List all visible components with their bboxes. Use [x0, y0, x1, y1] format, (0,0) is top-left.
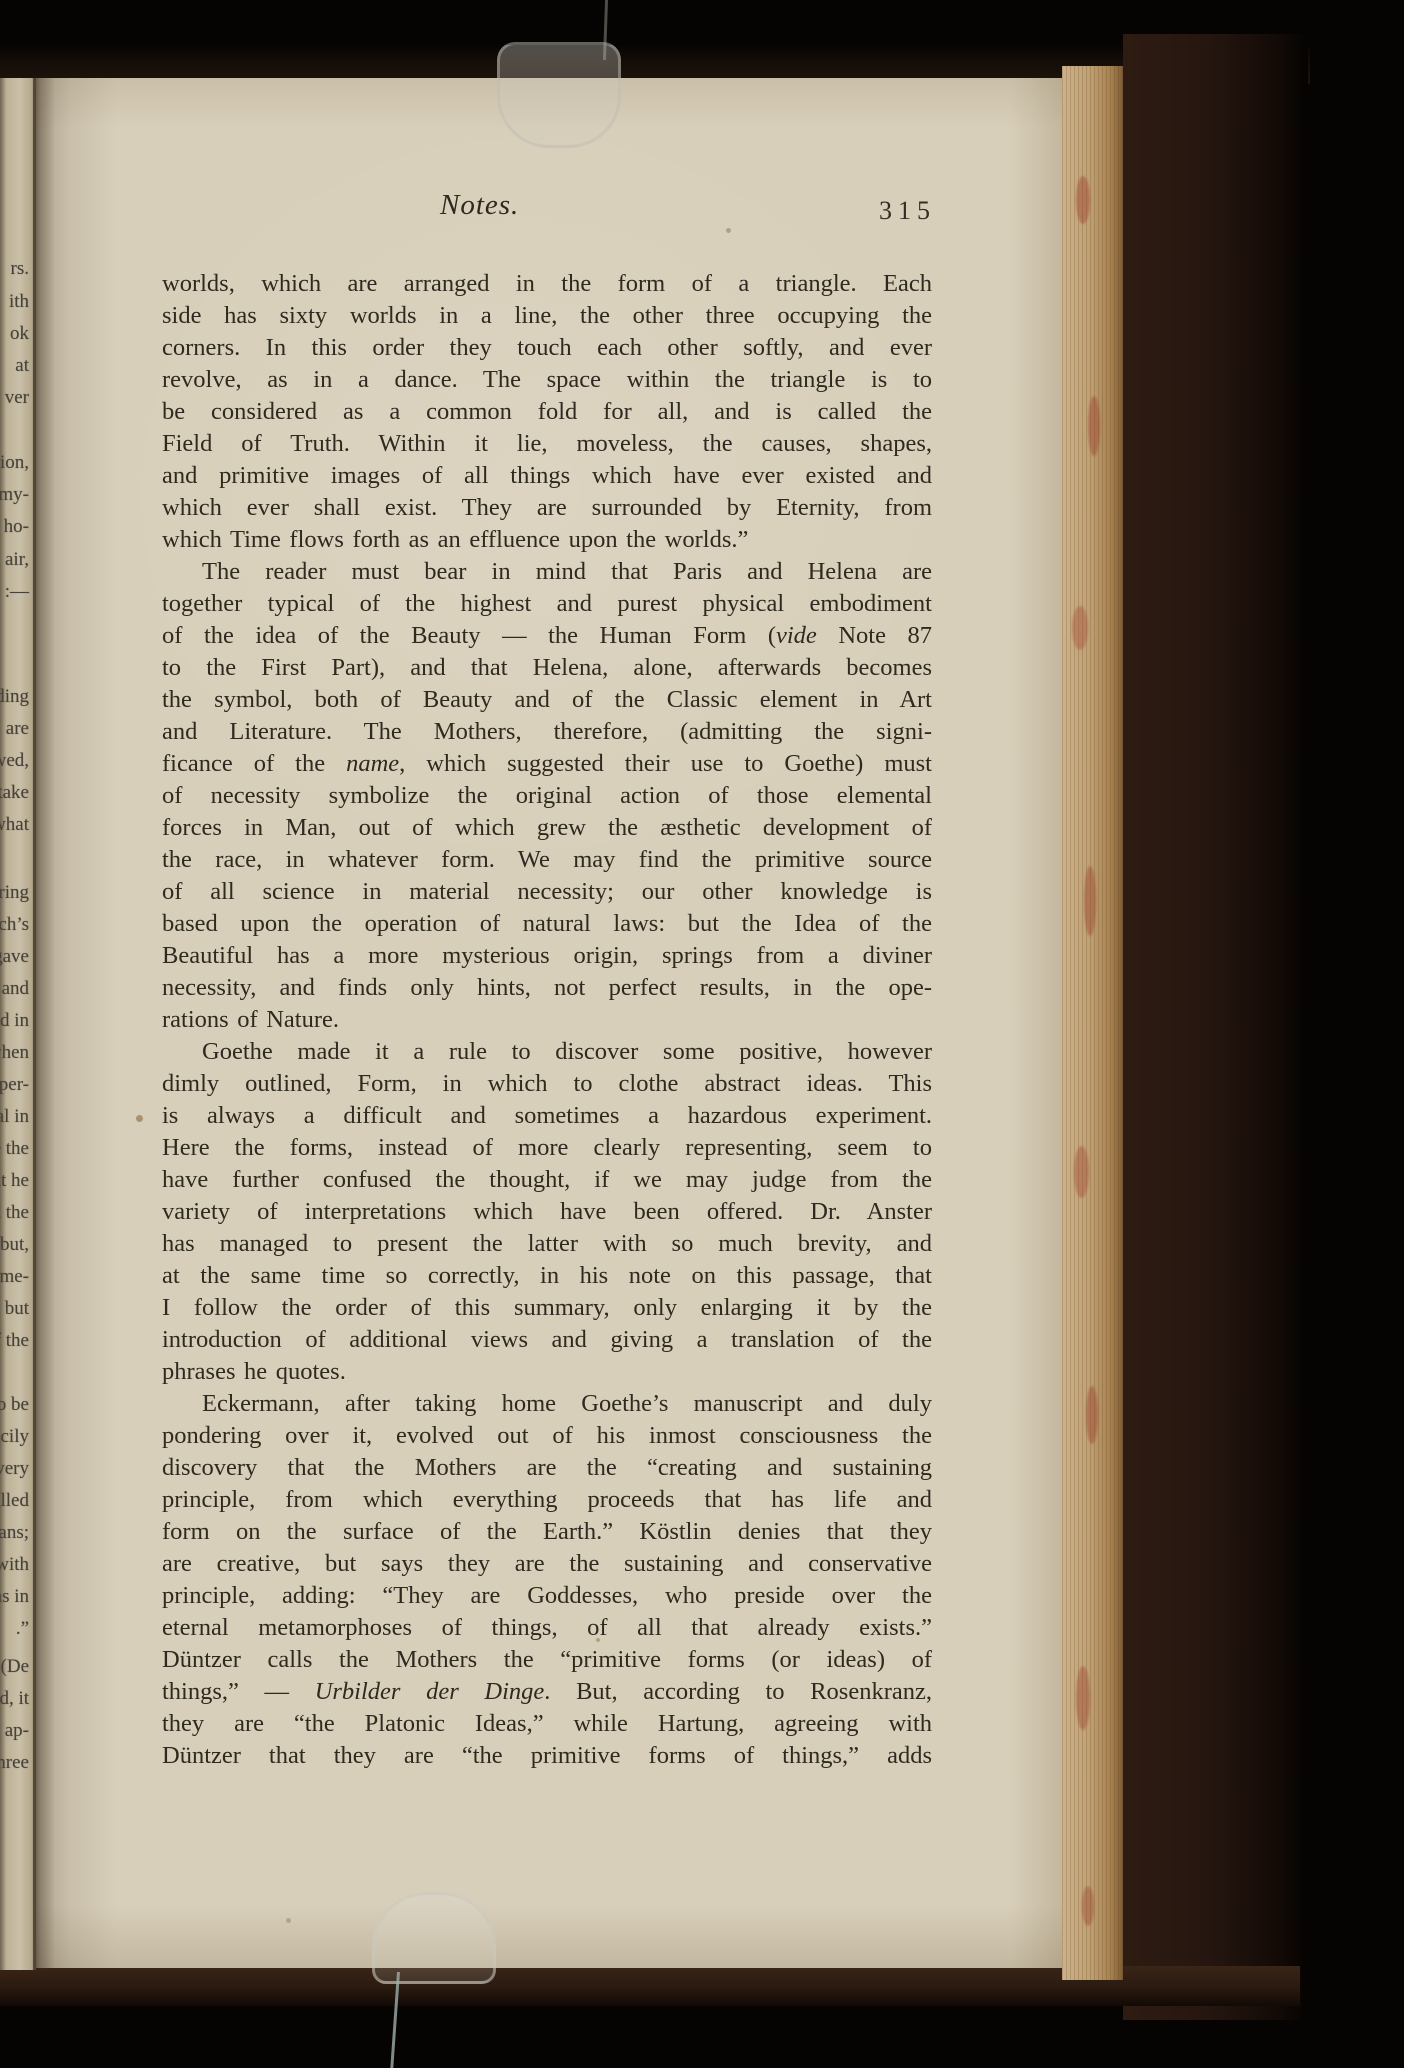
text-line: at the same time so correctly, in his no… [162, 1260, 932, 1292]
text-line: to the First Part), and that Helena, alo… [162, 652, 932, 684]
left-margin-fragment: to be [0, 1394, 29, 1416]
left-margin-fragment: , and [0, 978, 29, 1000]
left-margin-fragment: ; but, [0, 1234, 29, 1256]
text-segment: which ever shall exist. They are surroun… [162, 494, 932, 521]
text-line: revolve, as in a dance. The space within… [162, 364, 932, 396]
left-margin-fragment: with [0, 1554, 29, 1576]
text-line: Beautiful has a more mysterious origin, … [162, 940, 932, 972]
text-segment: things,” — [162, 1678, 315, 1705]
text-segment: worlds, which are arranged in the form o… [162, 270, 932, 297]
page-holder-clip-bottom [372, 1892, 496, 1984]
page-block-fore-edge [1062, 66, 1123, 1980]
left-margin-fragment: gave [0, 946, 29, 968]
left-margin-fragment: take [0, 782, 29, 804]
text-line: eternal metamorphoses of things, of all … [162, 1612, 932, 1644]
left-margin-fragment: ial in [0, 1106, 29, 1128]
left-margin-fragment: d in [0, 1010, 29, 1032]
left-margin-fragment: arch’s [0, 914, 29, 936]
text-segment: revolve, as in a dance. The space within… [162, 366, 932, 393]
text-line: of necessity symbolize the original acti… [162, 780, 932, 812]
text-line: phrases he quotes. [162, 1356, 932, 1388]
page-number: 315 [866, 196, 936, 226]
book-cover-right [1123, 34, 1308, 2020]
text-line: has managed to present the latter with s… [162, 1228, 932, 1260]
text-segment: has managed to present the latter with s… [162, 1230, 932, 1257]
text-segment: I follow the order of this summary, only… [162, 1294, 932, 1321]
text-line: the race, in whatever form. We may find … [162, 844, 932, 876]
text-segment: of the idea of the Beauty — the Human Fo… [162, 622, 776, 649]
left-margin-fragment: ith [9, 291, 29, 313]
text-line: which ever shall exist. They are surroun… [162, 492, 932, 524]
text-segment: dimly outlined, Form, in which to clothe… [162, 1070, 932, 1097]
left-margin-fragment: ok [10, 323, 29, 345]
gutter-crease-shadow [33, 78, 55, 1970]
fore-edge-red-mark [1076, 1666, 1090, 1730]
text-segment: and primitive images of all things which… [162, 462, 932, 489]
text-segment: , which suggested their use to Goethe) m… [399, 750, 932, 777]
italic-text-segment: Urbilder der Dinge [315, 1678, 545, 1705]
text-line: forces in Man, out of which grew the æst… [162, 812, 932, 844]
body-text: worlds, which are arranged in the form o… [162, 268, 932, 1772]
text-segment: introduction of additional views and giv… [162, 1326, 932, 1353]
text-line: introduction of additional views and giv… [162, 1324, 932, 1356]
text-segment: Düntzer calls the Mothers the “primitive… [162, 1646, 932, 1673]
text-line: The reader must bear in mind that Paris … [162, 556, 932, 588]
text-line: Here the forms, instead of more clearly … [162, 1132, 932, 1164]
text-segment: together typical of the highest and pure… [162, 590, 932, 617]
text-line: which Time flows forth as an effluence u… [162, 524, 932, 556]
left-margin-fragment: three [0, 1752, 29, 1774]
left-margin-fragment: are [6, 718, 29, 740]
text-line: worlds, which are arranged in the form o… [162, 268, 932, 300]
text-segment: at the same time so correctly, in his no… [162, 1262, 932, 1289]
text-segment: the symbol, both of Beauty and of the Cl… [162, 686, 932, 713]
left-margin-fragment: e the [0, 1138, 29, 1160]
left-margin-fragment: wed, [0, 750, 29, 772]
text-segment: of necessity symbolize the original acti… [162, 782, 932, 809]
left-margin-fragment: uring [0, 882, 29, 904]
page-header-title: Notes. [440, 189, 519, 222]
left-margin-fragment: ver [5, 387, 29, 409]
text-line: discovery that the Mothers are the “crea… [162, 1452, 932, 1484]
left-margin-fragment: , me- [0, 1266, 29, 1288]
text-segment: . But, according to Rosenkranz, [544, 1678, 932, 1705]
text-segment: Goethe made it a rule to discover some p… [202, 1038, 932, 1065]
text-segment: is always a difficult and sometimes a ha… [162, 1102, 932, 1129]
text-segment: to the First Part), and that Helena, alo… [162, 654, 932, 681]
left-margin-fragment: very [0, 1458, 29, 1480]
fore-edge-red-mark [1076, 176, 1090, 224]
text-segment: they are “the Platonic Ideas,” while Har… [162, 1710, 932, 1737]
foxing-speck [286, 1918, 291, 1923]
text-line: are creative, but says they are the sust… [162, 1548, 932, 1580]
text-segment: are creative, but says they are the sust… [162, 1550, 932, 1577]
text-line: be considered as a common fold for all, … [162, 396, 932, 428]
text-line: corners. In this order they touch each o… [162, 332, 932, 364]
text-segment: principle, adding: “They are Goddesses, … [162, 1582, 932, 1609]
left-margin-fragment: f the [0, 1330, 29, 1352]
italic-text-segment: name [346, 750, 399, 777]
text-segment: necessity, and finds only hints, not per… [162, 974, 932, 1001]
text-segment: which Time flows forth as an effluence u… [162, 526, 748, 553]
text-segment: be considered as a common fold for all, … [162, 398, 932, 425]
text-segment: forces in Man, out of which grew the æst… [162, 814, 932, 841]
foxing-speck [136, 1115, 143, 1122]
text-segment: Beautiful has a more mysterious origin, … [162, 942, 932, 969]
text-segment: form on the surface of the Earth.” Köstl… [162, 1518, 932, 1545]
left-margin-fragment: at he [0, 1170, 29, 1192]
text-segment: eternal metamorphoses of things, of all … [162, 1614, 932, 1641]
fore-edge-red-mark [1086, 1386, 1098, 1444]
text-line: Goethe made it a rule to discover some p… [162, 1036, 932, 1068]
text-line: together typical of the highest and pure… [162, 588, 932, 620]
text-line: Düntzer calls the Mothers the “primitive… [162, 1644, 932, 1676]
left-margin-fragment: tans; [0, 1522, 29, 1544]
text-segment: and Literature. The Mothers, therefore, … [162, 718, 932, 745]
page-holder-clip-top [497, 42, 621, 148]
left-margin-text-fragments: rs.ithokatverion,my-ho-air,:—dingarewed,… [0, 0, 34, 2068]
book-photo: Notes. 315 worlds, which are arranged in… [0, 0, 1404, 2068]
left-margin-fragment: Sicily [0, 1426, 29, 1448]
fore-edge-red-mark [1088, 396, 1100, 456]
left-margin-fragment: ding [0, 686, 29, 708]
text-line: of the idea of the Beauty — the Human Fo… [162, 620, 932, 652]
text-segment: rations of Nature. [162, 1006, 339, 1033]
text-line: form on the surface of the Earth.” Köstl… [162, 1516, 932, 1548]
text-line: is always a difficult and sometimes a ha… [162, 1100, 932, 1132]
text-line: variety of interpretations which have be… [162, 1196, 932, 1228]
left-margin-fragment: , but [0, 1298, 29, 1320]
text-segment: based upon the operation of natural laws… [162, 910, 932, 937]
left-margin-fragment: d, it [0, 1688, 29, 1710]
text-line: based upon the operation of natural laws… [162, 908, 932, 940]
text-segment: pondering over it, evolved out of his in… [162, 1422, 932, 1449]
left-margin-fragment: rs. [11, 258, 29, 280]
italic-text-segment: vide [776, 622, 817, 649]
text-segment: side has sixty worlds in a line, the oth… [162, 302, 932, 329]
text-line: ficance of the name, which suggested the… [162, 748, 932, 780]
text-line: have further confused the thought, if we… [162, 1164, 932, 1196]
text-segment: The reader must bear in mind that Paris … [202, 558, 932, 585]
left-margin-fragment: ho- [4, 516, 29, 538]
text-line: of all science in material necessity; ou… [162, 876, 932, 908]
left-margin-fragment: l ap- [0, 1720, 29, 1742]
text-segment: Note 87 [817, 622, 932, 649]
left-margin-fragment: as in [0, 1586, 29, 1608]
text-line: I follow the order of this summary, only… [162, 1292, 932, 1324]
left-margin-fragment: (De [1, 1656, 29, 1678]
text-line: and Literature. The Mothers, therefore, … [162, 716, 932, 748]
text-segment: Field of Truth. Within it lie, moveless,… [162, 430, 932, 457]
text-line: necessity, and finds only hints, not per… [162, 972, 932, 1004]
text-line: the symbol, both of Beauty and of the Cl… [162, 684, 932, 716]
left-margin-fragment: what [0, 814, 29, 836]
left-margin-fragment: my- [0, 484, 29, 506]
fore-edge-red-mark [1072, 606, 1088, 650]
text-segment: variety of interpretations which have be… [162, 1198, 932, 1225]
left-margin-fragment: ion, [0, 452, 29, 474]
left-margin-fragment: air, [5, 549, 29, 571]
text-line: pondering over it, evolved out of his in… [162, 1420, 932, 1452]
foxing-speck [726, 228, 731, 233]
text-segment: Eckermann, after taking home Goethe’s ma… [202, 1390, 932, 1417]
text-segment: the race, in whatever form. We may find … [162, 846, 932, 873]
text-line: rations of Nature. [162, 1004, 932, 1036]
fore-edge-red-mark [1074, 1146, 1089, 1198]
left-margin-fragment: at [15, 355, 29, 377]
fore-edge-red-mark [1084, 866, 1096, 936]
text-segment: Here the forms, instead of more clearly … [162, 1134, 932, 1161]
left-margin-fragment: alled [0, 1490, 29, 1512]
text-segment: Düntzer that they are “the primitive for… [162, 1742, 932, 1769]
text-segment: phrases he quotes. [162, 1358, 346, 1385]
text-segment: principle, from which everything proceed… [162, 1486, 932, 1513]
text-segment: have further confused the thought, if we… [162, 1166, 932, 1193]
left-margin-fragment: .” [16, 1618, 29, 1640]
text-segment: corners. In this order they touch each o… [162, 334, 932, 361]
text-line: and primitive images of all things which… [162, 460, 932, 492]
text-segment: discovery that the Mothers are the “crea… [162, 1454, 932, 1481]
text-line: things,” — Urbilder der Dinge. But, acco… [162, 1676, 932, 1708]
text-line: they are “the Platonic Ideas,” while Har… [162, 1708, 932, 1740]
fore-edge-red-mark [1082, 1886, 1094, 1926]
text-line: Eckermann, after taking home Goethe’s ma… [162, 1388, 932, 1420]
text-line: Field of Truth. Within it lie, moveless,… [162, 428, 932, 460]
left-margin-fragment: d the [0, 1202, 29, 1224]
text-line: Düntzer that they are “the primitive for… [162, 1740, 932, 1772]
text-segment: of all science in material necessity; ou… [162, 878, 932, 905]
text-line: side has sixty worlds in a line, the oth… [162, 300, 932, 332]
text-line: principle, adding: “They are Goddesses, … [162, 1580, 932, 1612]
left-margin-fragment: -per- [0, 1074, 29, 1096]
left-margin-fragment: :— [5, 581, 29, 603]
text-line: principle, from which everything proceed… [162, 1484, 932, 1516]
text-segment: ficance of the [162, 750, 346, 777]
text-line: dimly outlined, Form, in which to clothe… [162, 1068, 932, 1100]
left-margin-fragment: when [0, 1042, 29, 1064]
